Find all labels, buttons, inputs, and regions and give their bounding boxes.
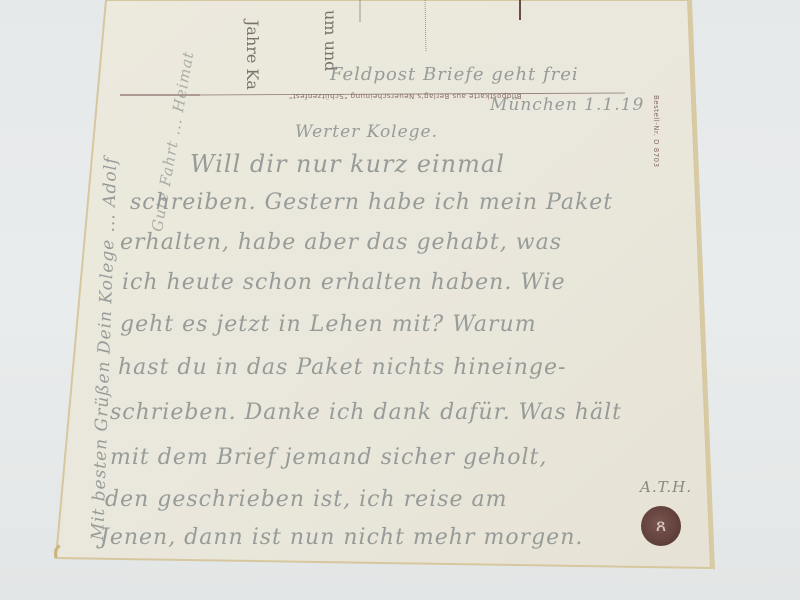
handwritten-line-4: ich heute schon erhalten haben. Wie (122, 270, 566, 295)
handwritten-line-6: hast du in das Paket nichts hineinge- (118, 355, 566, 380)
header-text-fragment: Jahre Ka (243, 20, 262, 90)
handwritten-line-2: schreiben. Gestern habe ich mein Paket (130, 190, 613, 215)
postcard: Jahre Ka um und Bildpostkarte aus Berlag… (0, 0, 800, 600)
handwritten-monogram: A.T.H. (640, 478, 692, 496)
handwritten-line-9: den geschrieben ist, ich reise am (105, 487, 508, 512)
handwritten-line-1: Will dir nur kurz einmal (190, 150, 505, 178)
handwritten-line-7: schrieben. Danke ich dank dafür. Was häl… (110, 400, 622, 425)
header-text-fragment-2: um und (321, 10, 340, 71)
handwritten-date: München 1.1.19 (490, 95, 644, 115)
handwritten-line-8: mit dem Brief jemand sicher geholt, (110, 445, 547, 470)
handwritten-top-line: Feldpost Briefe geht frei (330, 64, 579, 85)
handwritten-line-3: erhalten, habe aber das gehabt, was (120, 230, 562, 255)
handwritten-line-10: Jenen, dann ist nun nicht mehr morgen. (100, 525, 583, 550)
embossed-seal-icon: ጸ (641, 506, 681, 546)
order-number: Bestell-Nr. D 8703 (652, 95, 660, 168)
handwritten-line-5: geht es jetzt in Lehen mit? Warum (120, 312, 537, 337)
handwritten-salutation: Werter Kolege. (295, 122, 438, 142)
